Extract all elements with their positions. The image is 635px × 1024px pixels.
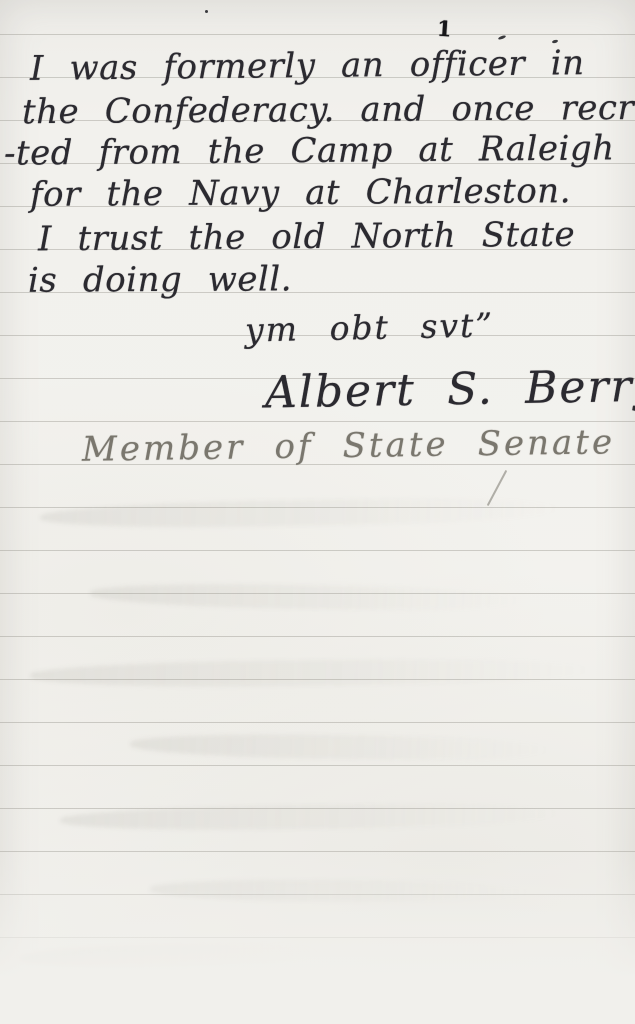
letter-line: for the Navy at Charleston.: [30, 171, 571, 215]
rule-fade-overlay: [0, 848, 635, 1024]
letter-line: -ted from the Camp at Raleigh: [4, 128, 615, 173]
letter-line: I trust the old North State: [38, 215, 575, 260]
letter-line: I was formerly an officer in: [30, 43, 585, 89]
signature-title: Member of State Senate: [82, 422, 616, 469]
letter-page-scan: 1 I was formerly an officer in the Confe…: [0, 0, 635, 1024]
signature: Albert S. Berry: [265, 361, 635, 419]
letter-line: is doing well.: [28, 259, 292, 300]
page-number-mark: 1: [436, 16, 452, 42]
ink-speck: [205, 10, 208, 13]
letter-line: the Confederacy. and once recrui: [22, 88, 635, 133]
complimentary-close: ym obt svt”: [245, 305, 495, 349]
